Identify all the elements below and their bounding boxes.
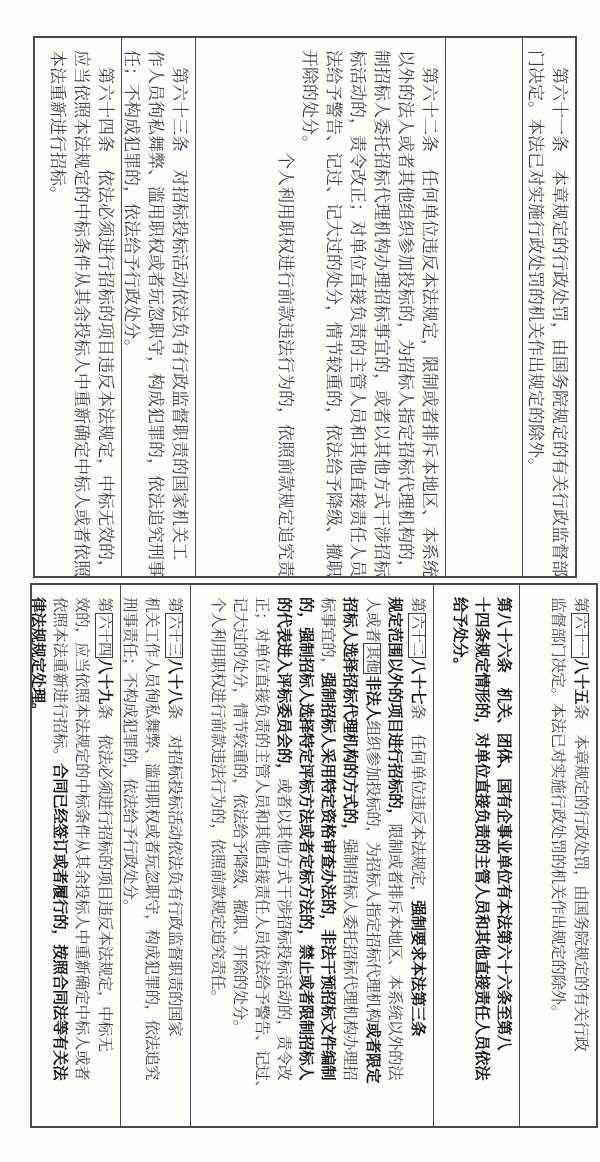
text-line: 第六十三条 对招标投标活动依法负有行政监督职责的国家机关工 bbox=[167, 50, 191, 568]
text-line: 应当依照本法规定的中标条件从其余投标人中重新确定中标人或者依照 bbox=[69, 50, 93, 568]
normal-text: 效的，应当依照本法规定的中标条件从其余投标人中重新确定中标人或者 bbox=[73, 597, 91, 1080]
normal-text: 依照本法重新进行招标。 bbox=[51, 597, 69, 763]
normal-text: 条 本章规定的行政处罚，由国务院规定的有关行政 bbox=[572, 704, 590, 1051]
text-line: 给予处分。 bbox=[449, 597, 471, 1118]
deleted-text: 其他 bbox=[363, 643, 381, 674]
text-line: 标活动的，责令改正；对单位直接负责的主管人员和其他直接责任人员依 bbox=[345, 50, 369, 568]
inserted-text: 非法人 bbox=[364, 675, 383, 720]
inserted-text: 八十五 bbox=[572, 659, 591, 704]
normal-text: 条 依法必须进行招标的项目违反本法规定，中标无 bbox=[96, 704, 114, 1051]
deleted-text: 六十四 bbox=[95, 613, 113, 658]
normal-text: 第六十二条 任何单位违反本法规定，限制或者排斥本地区、本系统 bbox=[419, 50, 439, 576]
text-line: 正；对单位直接负责的主管人员和其他直接责任人员依法给予警告、记过、 bbox=[251, 597, 273, 1118]
article-64: 第六十四条 依法必须进行招标的项目违反本法规定，中标无效的，应当依照本法规定的中… bbox=[33, 38, 122, 576]
normal-text: 第 bbox=[572, 597, 590, 612]
text-line: 以外的法人或者其他组织参加投标的，为招标人指定招标代理机构的，强 bbox=[393, 50, 417, 568]
article-89: 第六十四八十九条 依法必须进行招标的项目违反本法规定，中标无效的，应当依照本法规… bbox=[30, 585, 121, 1126]
normal-text: 第六十三条 对招标投标活动依法负有行政监督职责的国家机关工 bbox=[169, 50, 189, 560]
text-line: 本法重新进行招标。 bbox=[45, 50, 69, 568]
text-line: 法给予警告、记过、记大过的处分，情节较重的，依法给予降级、撤职、 bbox=[321, 50, 345, 568]
article-61: 第六十一条 本章规定的行政处罚，由国务院规定的有关行政监督部门决定。本法已对实施… bbox=[523, 38, 575, 576]
text-line: 第六十二条 任何单位违反本法规定，限制或者排斥本地区、本系统 bbox=[417, 50, 441, 568]
text-line: 机关工作人员徇私舞弊、滥用职权或者玩忽职守，构成犯罪的，依法追究 bbox=[141, 597, 163, 1118]
normal-text: 本法重新进行招标。 bbox=[47, 50, 67, 203]
article-63: 第六十三条 对招标投标活动依法负有行政监督职责的国家机关工作人员徇私舞弊、滥用职… bbox=[122, 38, 196, 576]
normal-text: 组织参加投标的，为招标人指定招标代理机构 bbox=[364, 721, 382, 1023]
normal-text: 任；不构成犯罪的，依法给予行政处分。 bbox=[122, 50, 141, 356]
normal-text: 监督部门决定。本法已对实施行政处罚的机关作出规定的除外。 bbox=[549, 597, 567, 1020]
text-line: 第六十四八十九条 依法必须进行招标的项目违反本法规定，中标无 bbox=[93, 597, 116, 1118]
normal-text: 第六十一条 本章规定的行政处罚，由国务院规定的有关行政监督部 bbox=[549, 50, 569, 576]
normal-text: 第 bbox=[409, 597, 427, 612]
normal-text: 刑事责任；不构成犯罪的，依法给予行政处分。 bbox=[121, 597, 139, 914]
text-line: 作人员徇私舞弊、滥用职权或者玩忽职守，构成犯罪的，依法追究刑事责 bbox=[143, 50, 167, 568]
blank-cell bbox=[446, 38, 523, 576]
article-88: 第六十三八十八条 对招标投标活动依法负有行政监督职责的国家机关工作人员徇私舞弊、… bbox=[121, 585, 191, 1126]
inserted-text: 规定范围以外的项目进行招标的， bbox=[386, 597, 405, 824]
normal-text: 标事宜的， bbox=[319, 597, 337, 673]
text-line: 刑事责任；不构成犯罪的，依法给予行政处分。 bbox=[121, 597, 141, 1118]
inserted-text: 十四条规定情形的，对单位直接负责的主管人员和其他直接责任人员依法 bbox=[473, 597, 492, 1080]
normal-text: 以外的法人或者其他组织参加投标的，为招标人指定招标代理机构的，强 bbox=[395, 50, 415, 576]
normal-text: 作人员徇私舞弊、滥用职权或者玩忽职守，构成犯罪的，依法追究刑事责 bbox=[145, 50, 165, 576]
text-line: 的，强制招标人选择特定评标方法或者定标方法的，禁止或者限制招标人 bbox=[295, 597, 317, 1118]
inserted-text: 八十八 bbox=[166, 659, 185, 704]
normal-text: 或者以其他方式干涉招标投标活动的，责令改 bbox=[275, 778, 293, 1080]
scanned-document: 第六十一条 本章规定的行政处罚，由国务院规定的有关行政监督部门决定。本法已对实施… bbox=[0, 0, 600, 1162]
inserted-text: 律法规规定处理。 bbox=[30, 597, 48, 718]
text-line: 个人利用职权进行前款违法行为的，依照前款规定追究责任。 bbox=[273, 50, 297, 568]
normal-text: 第六十四条 依法必须进行招标的项目违反本法规定，中标无效的， bbox=[95, 50, 115, 576]
normal-text: 第 bbox=[166, 597, 184, 612]
inserted-text: 招标人选择招标代理机构的方式的， bbox=[341, 597, 360, 839]
inserted-text: 给予处分。 bbox=[451, 597, 470, 673]
inserted-text: 合同已经签订或者履行的，按照合同法等有关法 bbox=[51, 763, 70, 1080]
normal-text: 条 任何单位违反本法规定， bbox=[409, 704, 427, 900]
text-line: 标事宜的，强制招标人采用特定资格审查办法的，非法干预招标文件编制 bbox=[317, 597, 339, 1118]
text-line: 门决定。本法已对实施行政处罚的机关作出规定的除外。 bbox=[523, 50, 547, 568]
text-line: 第六十一八十五条 本章规定的行政处罚，由国务院规定的有关行政 bbox=[569, 597, 592, 1118]
text-line: 招标人选择招标代理机构的方式的，强制招标人委托招标代理机构办理招 bbox=[339, 597, 361, 1118]
normal-text: 机关工作人员徇私舞弊、滥用职权或者玩忽职守，构成犯罪的，依法追究 bbox=[143, 597, 161, 1080]
text-line: 规定范围以外的项目进行招标的，限制或者排斥本地区、本系统以外的法 bbox=[384, 597, 406, 1118]
text-line: 制招标人委托招标代理机构办理招标事宜的，或者以其他方式干涉招标投 bbox=[369, 50, 393, 568]
page-statute-current: 第六十一条 本章规定的行政处罚，由国务院规定的有关行政监督部门决定。本法已对实施… bbox=[33, 36, 577, 578]
text-line: 第八十六条 机关、团体、国有企事业单位有本法第六十六条至第八 bbox=[493, 597, 515, 1118]
inserted-text: 的，强制招标人选择特定评标方法或者定标方法的，禁止或者限制招标人 bbox=[297, 597, 316, 1080]
text-line: 个人利用职权进行前款违法行为的，依照前款规定追究责任。 bbox=[207, 597, 229, 1118]
text-line: 律法规规定处理。 bbox=[30, 597, 49, 1118]
text-line: 第六十一条 本章规定的行政处罚，由国务院规定的有关行政监督部 bbox=[547, 50, 571, 568]
text-line: 记大过的处分，情节较重的，依法给予降级、撤职、开除的处分。 bbox=[229, 597, 251, 1118]
normal-text: 法给予警告、记过、记大过的处分，情节较重的，依法给予降级、撤职、 bbox=[323, 50, 343, 576]
text-line: 开除的处分。 bbox=[297, 50, 321, 568]
normal-text: 标活动的，责令改正；对单位直接负责的主管人员和其他直接责任人员依 bbox=[347, 50, 367, 576]
article-85: 第六十一八十五条 本章规定的行政处罚，由国务院规定的有关行政监督部门决定。本法已… bbox=[520, 585, 596, 1126]
rotated-sheet: 第六十一条 本章规定的行政处罚，由国务院规定的有关行政监督部门决定。本法已对实施… bbox=[0, 0, 600, 1162]
normal-text: 条 对招标投标活动依法负有行政监督职责的国家 bbox=[166, 704, 184, 1036]
deleted-text: 六十三 bbox=[165, 613, 183, 658]
normal-text: 记大过的处分，情节较重的，依法给予降级、撤职、开除的处分。 bbox=[231, 597, 249, 1035]
inserted-text: 第八十六条 机关、团体、国有企事业单位有本法第六十六条至第八 bbox=[495, 597, 514, 1050]
inserted-text: 或者限定 bbox=[364, 1023, 383, 1083]
text-line: 效的，应当依照本法规定的中标条件从其余投标人中重新确定中标人或者 bbox=[71, 597, 93, 1118]
normal-text: 强制招标人委托招标代理机构办理招 bbox=[341, 839, 359, 1081]
normal-text: 正；对单位直接负责的主管人员和其他直接责任人员依法给予警告、记过、 bbox=[253, 597, 271, 1095]
text-line: 第六十二八十七条 任何单位违反本法规定，强制要求本法第三条 bbox=[406, 597, 429, 1118]
deleted-text: 六十二 bbox=[408, 613, 426, 658]
article-87: 第六十二八十七条 任何单位违反本法规定，强制要求本法第三条规定范围以外的项目进行… bbox=[191, 585, 434, 1126]
normal-text: 开除的处分。 bbox=[299, 50, 319, 152]
normal-text: 限制或者排斥本地区、本系统以外的法 bbox=[386, 824, 404, 1081]
text-line: 的代表进入评标委员会的，或者以其他方式干涉招标投标活动的，责令改 bbox=[273, 597, 295, 1118]
article-62: 第六十二条 任何单位违反本法规定，限制或者排斥本地区、本系统以外的法人或者其他组… bbox=[196, 38, 446, 576]
deleted-text: 六十一 bbox=[571, 613, 589, 658]
inserted-text: 八十九 bbox=[96, 659, 115, 704]
normal-text: 第 bbox=[96, 597, 114, 612]
normal-text: 人或者 bbox=[364, 597, 382, 642]
normal-text: 个人利用职权进行前款违法行为的，依照前款规定追究责任。 bbox=[209, 597, 227, 1005]
inserted-text: 强制要求本法第三条 bbox=[409, 900, 428, 1036]
text-line: 监督部门决定。本法已对实施行政处罚的机关作出规定的除外。 bbox=[547, 597, 569, 1118]
normal-text: 个人利用职权进行前款违法行为的，依照前款规定追究责任。 bbox=[275, 50, 295, 576]
article-86: 第八十六条 机关、团体、国有企事业单位有本法第六十六条至第八十四条规定情形的，对… bbox=[434, 585, 520, 1126]
text-line: 第六十三八十八条 对招标投标活动依法负有行政监督职责的国家 bbox=[163, 597, 186, 1118]
text-line: 任；不构成犯罪的，依法给予行政处分。 bbox=[122, 50, 143, 568]
normal-text: 应当依照本法规定的中标条件从其余投标人中重新确定中标人或者依照 bbox=[71, 50, 91, 576]
normal-text: 门决定。本法已对实施行政处罚的机关作出规定的除外。 bbox=[525, 50, 545, 475]
normal-text: 制招标人委托招标代理机构办理招标事宜的，或者以其他方式干涉招标投 bbox=[371, 50, 391, 576]
text-line: 依照本法重新进行招标。合同已经签订或者履行的，按照合同法等有关法 bbox=[49, 597, 71, 1118]
inserted-text: 强制招标人采用特定资格审查办法的，非法干预招标文件编制 bbox=[319, 673, 338, 1081]
text-line: 十四条规定情形的，对单位直接负责的主管人员和其他直接责任人员依法 bbox=[471, 597, 493, 1118]
inserted-text: 的代表进入评标委员会的， bbox=[275, 597, 294, 778]
page-statute-draft-redline: 第六十一八十五条 本章规定的行政处罚，由国务院规定的有关行政监督部门决定。本法已… bbox=[30, 583, 598, 1128]
text-line: 人或者其他非法人组织参加投标的，为招标人指定招标代理机构或者限定 bbox=[361, 597, 384, 1118]
inserted-text: 八十七 bbox=[409, 659, 428, 704]
text-line: 第六十四条 依法必须进行招标的项目违反本法规定，中标无效的， bbox=[93, 50, 117, 568]
